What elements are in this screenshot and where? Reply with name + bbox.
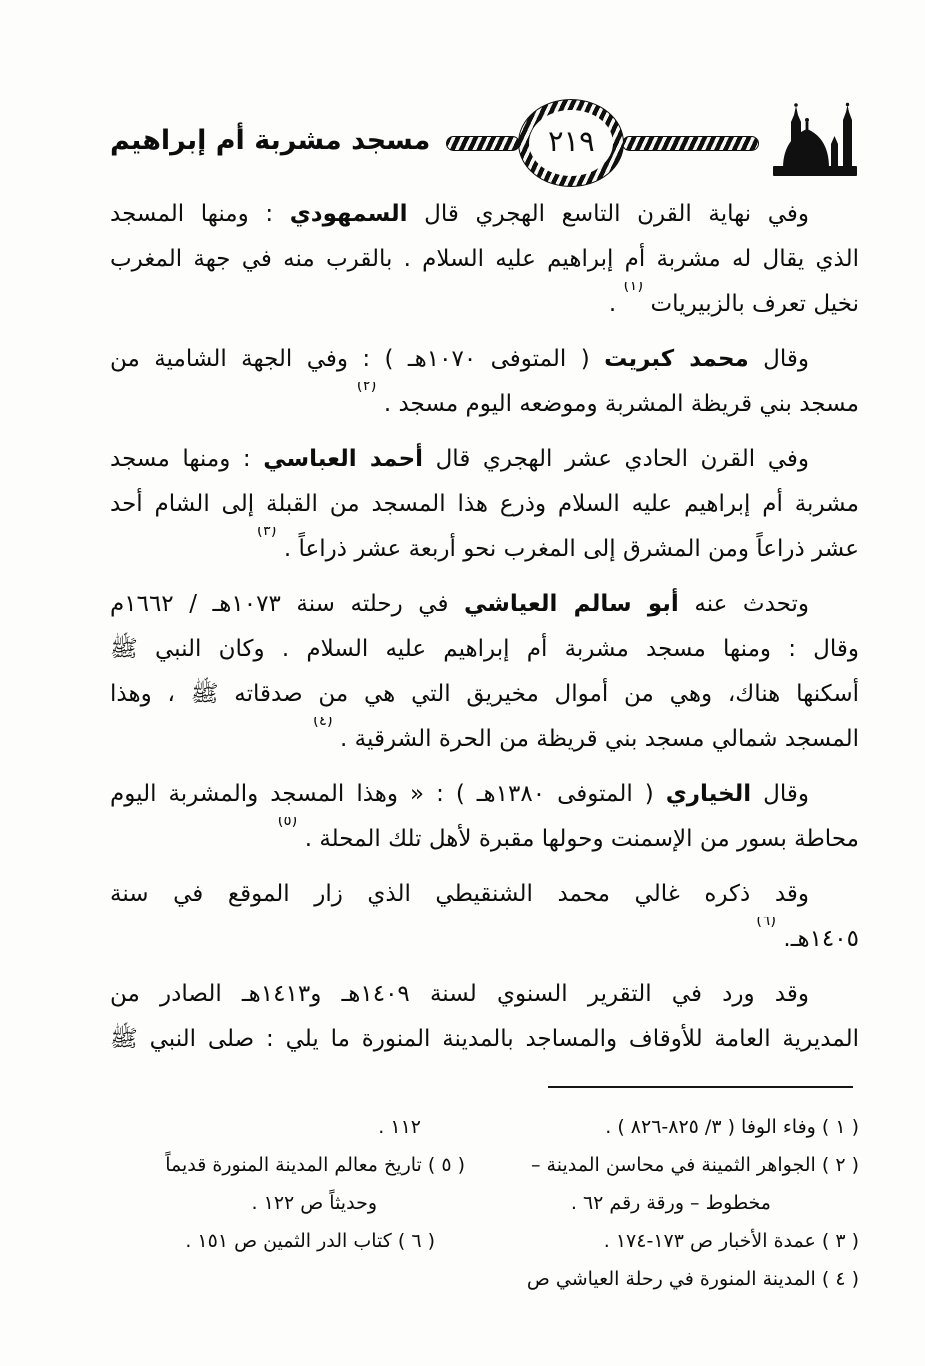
body-line: المسجد شمالي مسجد بني قريظة من الحرة الش… — [110, 717, 859, 762]
footnote-separator — [548, 1086, 853, 1088]
paragraph-annual-report: وقد ورد في التقرير السنوي لسنة ١٤٠٩هـ و١… — [110, 972, 859, 1062]
text-run: : ومنها مسجد — [110, 446, 263, 472]
text-run: مشربة أم إبراهيم عليه السلام وذرع هذا ال… — [110, 491, 859, 517]
footnote-ref: (٢) — [357, 382, 377, 394]
author-name: أبو سالم العياشي — [464, 591, 679, 617]
footnote-ref: (٦) — [756, 917, 776, 929]
paragraph-abbasi: وفي القرن الحادي عشر الهجري قال أحمد الع… — [110, 437, 859, 572]
paragraph-shanqiti: وقد ذكره غالي محمد الشنقيطي الذي زار الم… — [110, 872, 859, 962]
footnotes-left-column: ١١٢ . ( ٥ ) تاريخ معالم المدينة المنورة … — [110, 1108, 465, 1298]
footnote: ( ٦ ) كتاب الدر الثمين ص ١٥١ . — [110, 1222, 465, 1260]
footnote-ref: (٤) — [313, 717, 333, 729]
body-line: مسجد بني قريظة المشربة وموضعه اليوم مسجد… — [110, 382, 859, 427]
footnote-ref: (٣) — [257, 527, 277, 539]
footnote-continuation: وحديثاً ص ١٢٢ . — [110, 1184, 465, 1222]
text-run: عشر ذراعاً ومن المشرق إلى المغرب نحو أرب… — [277, 536, 859, 562]
footnote-continuation: ١١٢ . — [110, 1108, 465, 1146]
text-run: وقال : ومنها مسجد مشربة أم إبراهيم عليه … — [110, 636, 859, 662]
text-run: ( المتوفى ١٠٧٠هـ ) : وفي الجهة الشامية م… — [110, 346, 604, 372]
body-line: مشربة أم إبراهيم عليه السلام وذرع هذا ال… — [110, 482, 859, 527]
text-run: وتحدث عنه — [679, 591, 809, 617]
page-header: مسجد مشربة أم إبراهيم ٢١٩ — [110, 98, 859, 188]
page-number: ٢١٩ — [548, 124, 595, 162]
body-line: وقد ورد في التقرير السنوي لسنة ١٤٠٩هـ و١… — [110, 972, 859, 1017]
text-run: نخيل تعرف بالزبيريات — [643, 291, 859, 317]
author-name: أحمد العباسي — [263, 446, 423, 472]
text-run: ١٤٠٥هـ. — [776, 926, 859, 952]
footnote: ( ٤ ) المدينة المنورة في رحلة العياشي ص — [483, 1260, 859, 1298]
text-run: وفي القرن الحادي عشر الهجري قال — [423, 446, 809, 472]
text-run: الذي يقال له مشربة أم إبراهيم عليه السلا… — [110, 246, 859, 272]
body-line: وفي نهاية القرن التاسع الهجري قال السمهو… — [110, 192, 859, 237]
body-line: وتحدث عنه أبو سالم العياشي في رحلته سنة … — [110, 582, 859, 627]
footnotes-right-column: ( ١ ) وفاء الوفا ( ٣/ ٨٢٥-٨٢٦ ) . ( ٢ ) … — [483, 1108, 859, 1298]
text-run: وقال — [749, 346, 809, 372]
text-run: المسجد شمالي مسجد بني قريظة من الحرة الش… — [333, 726, 859, 752]
body-line: المديرية العامة للأوقاف والمساجد بالمدين… — [110, 1017, 859, 1062]
body-line: نخيل تعرف بالزبيريات (١) . — [110, 282, 859, 327]
author-name: محمد كبريت — [604, 346, 749, 372]
footnotes-section: ١١٢ . ( ٥ ) تاريخ معالم المدينة المنورة … — [110, 1086, 859, 1298]
body-line: وقال الخياري ( المتوفى ١٣٨٠هـ ) : « وهذا… — [110, 772, 859, 817]
text-run: : ومنها المسجد — [110, 201, 290, 227]
body-line: وقد ذكره غالي محمد الشنقيطي الذي زار الم… — [110, 872, 859, 917]
page-body: وفي نهاية القرن التاسع الهجري قال السمهو… — [110, 192, 859, 1062]
text-run: مسجد بني قريظة المشربة وموضعه اليوم مسجد… — [377, 391, 859, 417]
text-run: في رحلته سنة ١٠٧٣هـ / ١٦٦٢م — [110, 591, 464, 617]
body-line: محاطة بسور من الإسمنت وحولها مقبرة لأهل … — [110, 817, 859, 862]
paragraph-ayyashi: وتحدث عنه أبو سالم العياشي في رحلته سنة … — [110, 582, 859, 762]
footnote: ( ٣ ) عمدة الأخبار ص ١٧٣-١٧٤ . — [483, 1222, 859, 1260]
paragraph-kibrit: وقال محمد كبريت ( المتوفى ١٠٧٠هـ ) : وفي… — [110, 337, 859, 427]
text-run: . — [609, 291, 624, 317]
mosque-icon — [771, 102, 859, 180]
author-name: السمهودي — [290, 201, 408, 227]
page-number-badge: ٢١٩ — [518, 99, 624, 187]
body-line: ١٤٠٥هـ. (٦) — [110, 917, 859, 962]
text-run: أسكنها هناك، وهي من أموال مخيريق التي هي… — [110, 681, 859, 707]
page-number-badge-inner: ٢١٩ — [529, 110, 613, 176]
text-run: وقال — [751, 781, 809, 807]
decorative-rope-line — [446, 136, 520, 151]
paragraph-khayyari: وقال الخياري ( المتوفى ١٣٨٠هـ ) : « وهذا… — [110, 772, 859, 862]
text-run: المديرية العامة للأوقاف والمساجد بالمدين… — [110, 1026, 859, 1052]
body-line: الذي يقال له مشربة أم إبراهيم عليه السلا… — [110, 237, 859, 282]
body-line: وقال محمد كبريت ( المتوفى ١٠٧٠هـ ) : وفي… — [110, 337, 859, 382]
author-name: الخياري — [666, 781, 751, 807]
footnote-columns: ١١٢ . ( ٥ ) تاريخ معالم المدينة المنورة … — [110, 1108, 859, 1298]
decorative-rope-line — [622, 136, 759, 151]
text-run: وقد ذكره غالي محمد الشنقيطي الذي زار الم… — [110, 881, 809, 907]
paragraph-samhudi: وفي نهاية القرن التاسع الهجري قال السمهو… — [110, 192, 859, 327]
body-line: عشر ذراعاً ومن المشرق إلى المغرب نحو أرب… — [110, 527, 859, 572]
footnote-ref: (١) — [623, 282, 643, 294]
footnote: ( ٢ ) الجواهر الثمينة في محاسن المدينة – — [483, 1146, 859, 1184]
text-run: محاطة بسور من الإسمنت وحولها مقبرة لأهل … — [297, 826, 859, 852]
body-line: أسكنها هناك، وهي من أموال مخيريق التي هي… — [110, 672, 859, 717]
footnote: ( ٥ ) تاريخ معالم المدينة المنورة قديماً — [110, 1146, 465, 1184]
text-run: وقد ورد في التقرير السنوي لسنة ١٤٠٩هـ و١… — [110, 981, 809, 1007]
chapter-title: مسجد مشربة أم إبراهيم — [110, 125, 430, 162]
body-line: وقال : ومنها مسجد مشربة أم إبراهيم عليه … — [110, 627, 859, 672]
text-run: وفي نهاية القرن التاسع الهجري قال — [408, 201, 809, 227]
body-line: وفي القرن الحادي عشر الهجري قال أحمد الع… — [110, 437, 859, 482]
footnote-ref: (٥) — [278, 817, 298, 829]
text-run: ( المتوفى ١٣٨٠هـ ) : « وهذا المسجد والمش… — [110, 781, 666, 807]
footnote: ( ١ ) وفاء الوفا ( ٣/ ٨٢٥-٨٢٦ ) . — [483, 1108, 859, 1146]
book-page: مسجد مشربة أم إبراهيم ٢١٩ — [0, 0, 925, 1366]
footnote-continuation: مخطوط – ورقة رقم ٦٢ . — [483, 1184, 859, 1222]
